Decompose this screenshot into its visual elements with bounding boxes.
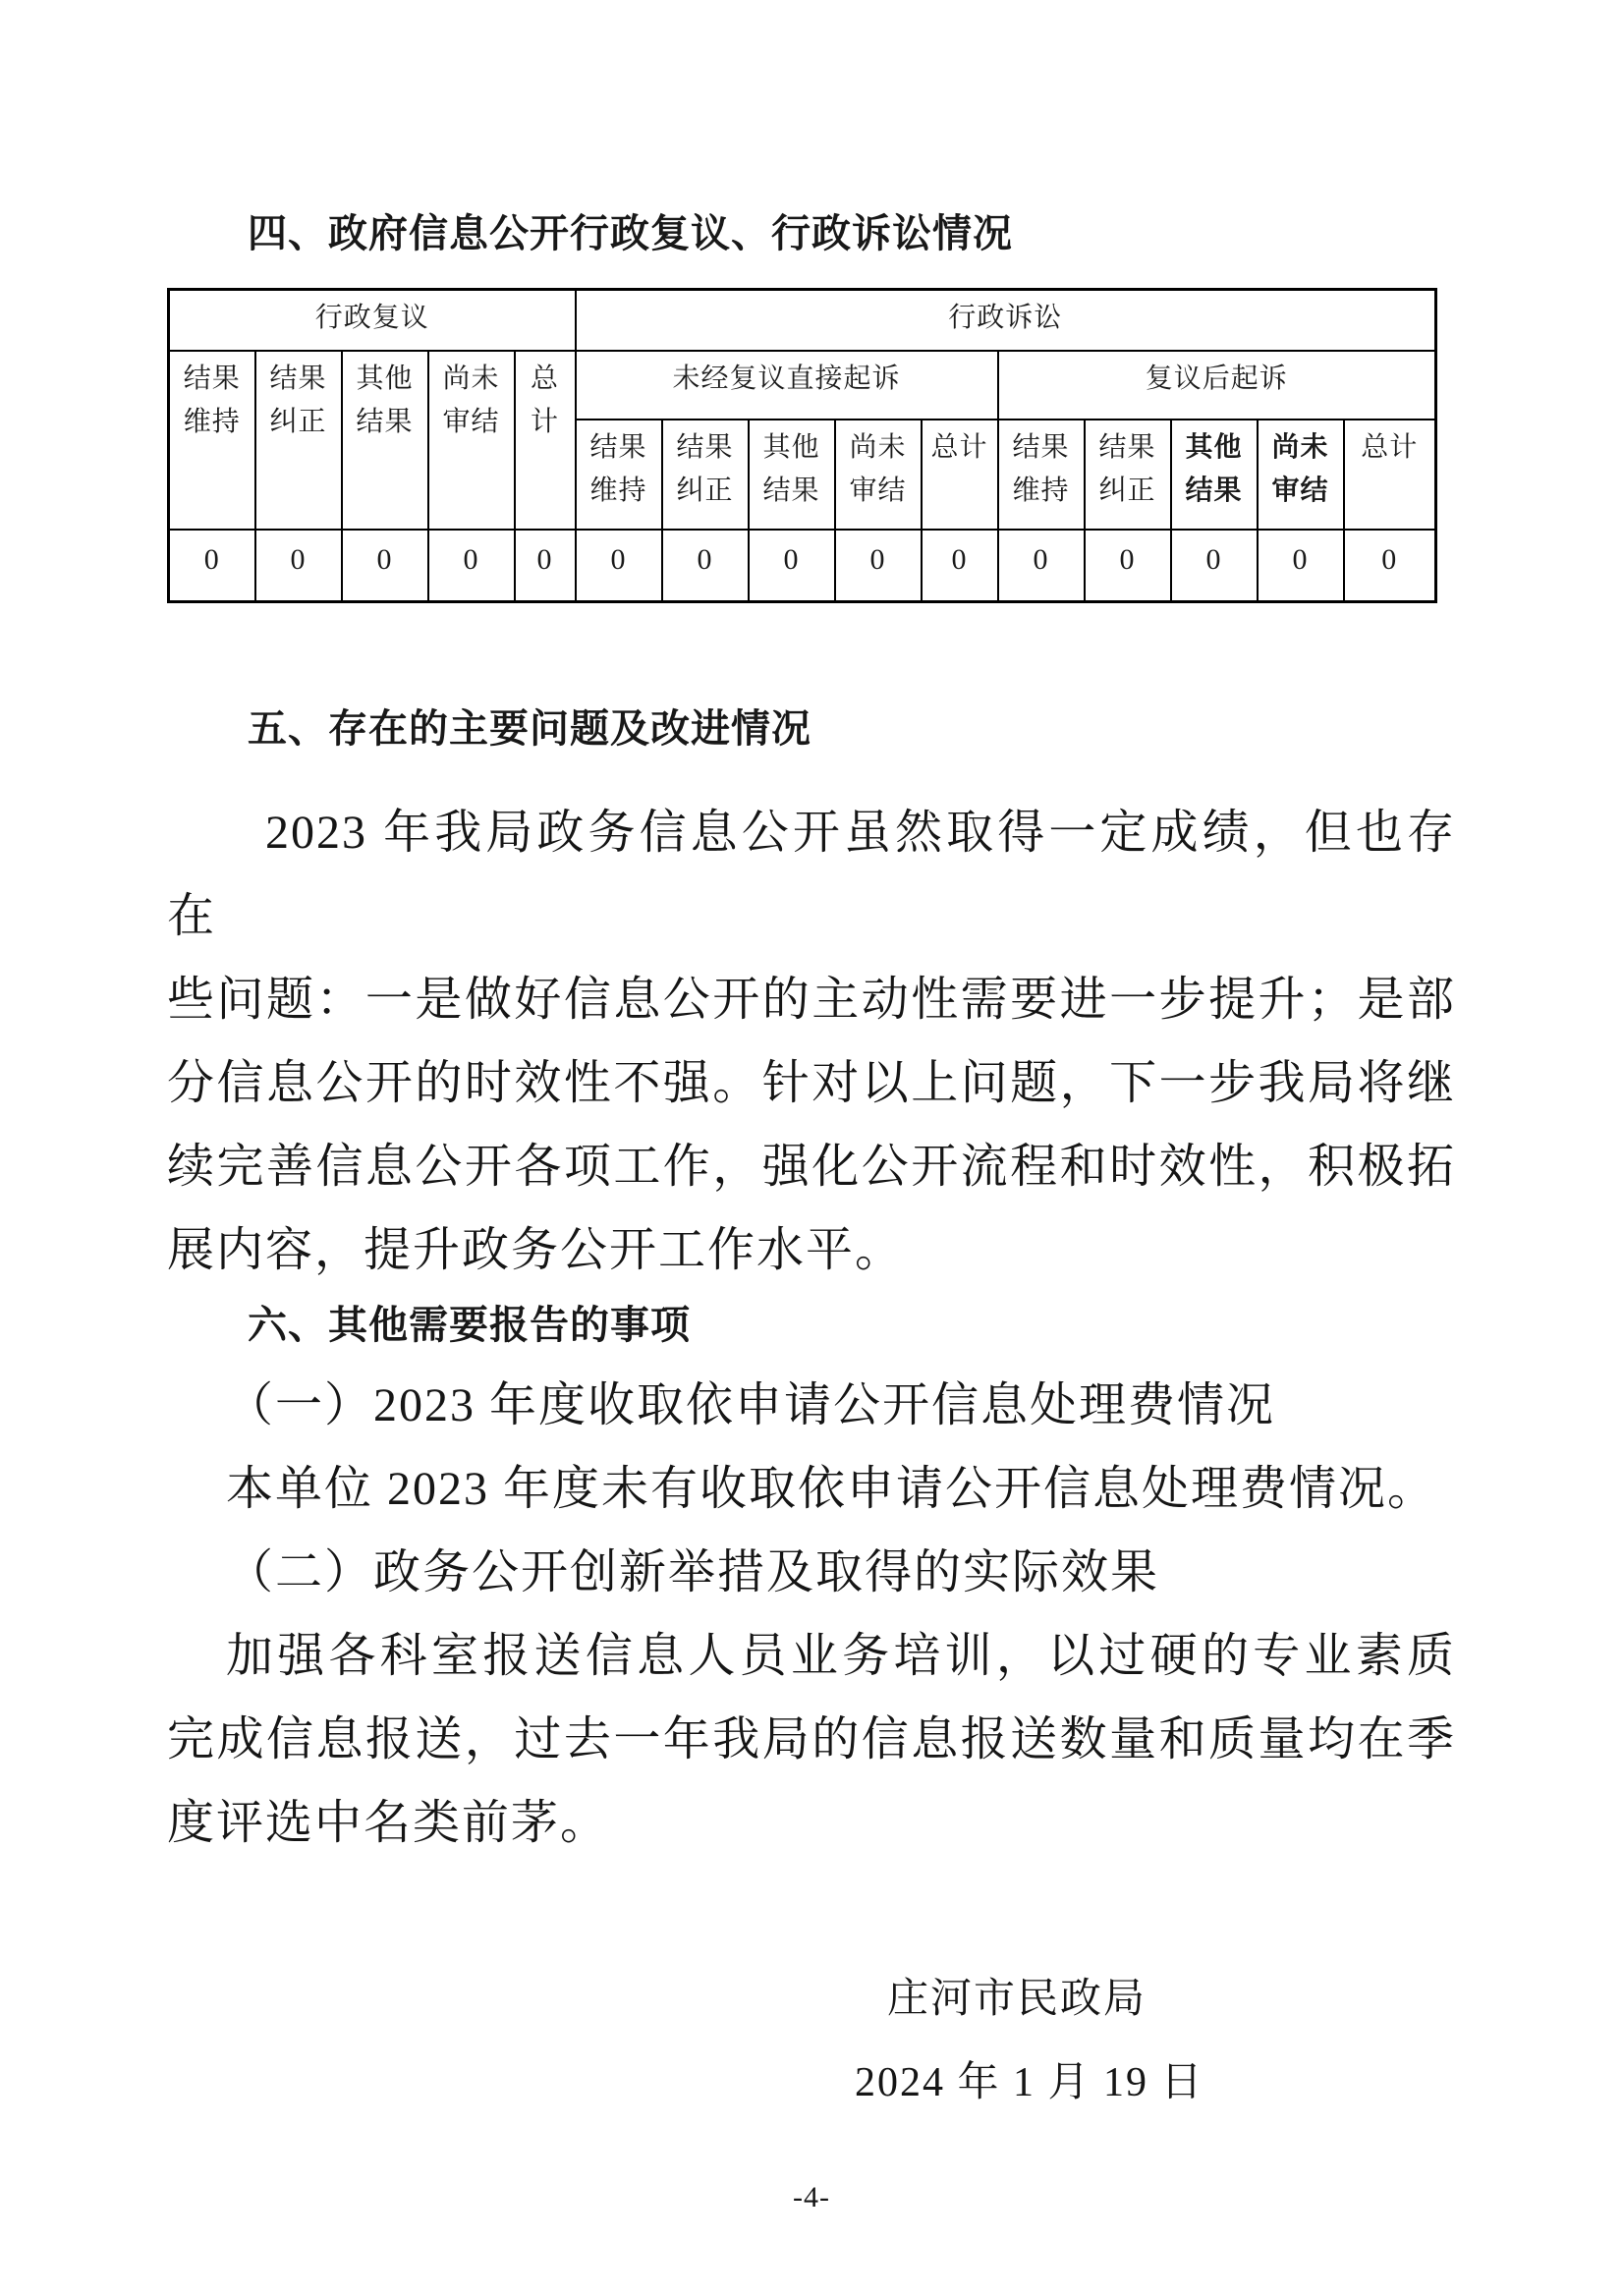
value-cell: 0 (835, 530, 922, 602)
review-litigation-table: 行政复议 行政诉讼 结果维持 结果纠正 其他结果 尚未审结 总计 未经复议直接起… (167, 288, 1437, 603)
header-direct-pending: 尚未审结 (835, 420, 922, 530)
header-direct-total: 总计 (922, 420, 998, 530)
header-after-result-corrected: 结果纠正 (1085, 420, 1171, 530)
value-cell: 0 (922, 530, 998, 602)
item2-title-line: （二）政务公开创新举措及取得的实际效果 (167, 1531, 1456, 1614)
paragraph-line: 分信息公开的时效性不强。针对以上问题，下一步我局将继 (167, 1041, 1456, 1125)
value-cell: 0 (428, 530, 515, 602)
header-administrative-litigation: 行政诉讼 (576, 290, 1436, 351)
value-cell: 0 (1085, 530, 1171, 602)
header-after-result-upheld: 结果维持 (998, 420, 1085, 530)
signature-organization: 庄河市民政局 (167, 1958, 1456, 2042)
header-review-result-upheld: 结果维持 (169, 351, 255, 530)
header-review-total: 总计 (515, 351, 576, 530)
signature-date: 2024 年 1 月 19 日 (167, 2042, 1456, 2125)
paragraph-line: 续完善信息公开各项工作，强化公开流程和时效性，积极拓 (167, 1125, 1456, 1208)
section4-heading: 四、政府信息公开行政复议、行政诉讼情况 (167, 210, 1456, 257)
header-after-total: 总计 (1344, 420, 1436, 530)
item2-body-line: 完成信息报送，过去一年我局的信息报送数量和质量均在季 (167, 1698, 1456, 1781)
value-cell: 0 (998, 530, 1085, 602)
section6-heading: 六、其他需要报告的事项 (167, 1302, 1456, 1349)
section6-paragraphs: （一）2023 年度收取依申请公开信息处理费情况 本单位 2023 年度未有收取… (167, 1364, 1456, 1865)
value-cell: 0 (255, 530, 342, 602)
table-row-values: 0 0 0 0 0 0 0 0 0 0 0 0 0 0 0 (169, 530, 1436, 602)
value-cell: 0 (1258, 530, 1344, 602)
paragraph-line: 些问题：一是做好信息公开的主动性需要进一步提升；是部 (167, 958, 1456, 1041)
value-cell: 0 (1171, 530, 1258, 602)
value-cell: 0 (342, 530, 428, 602)
header-direct-result-corrected: 结果纠正 (662, 420, 749, 530)
paragraph-line: 2023 年我局政务信息公开虽然取得一定成绩，但也存在 (167, 791, 1456, 958)
header-direct-other-result: 其他结果 (749, 420, 835, 530)
header-review-other-result: 其他结果 (342, 351, 428, 530)
table-row-group-headers: 行政复议 行政诉讼 (169, 290, 1436, 351)
item1-title-line: （一）2023 年度收取依申请公开信息处理费情况 (167, 1364, 1456, 1447)
value-cell: 0 (515, 530, 576, 602)
header-direct-result-upheld: 结果维持 (576, 420, 662, 530)
value-cell: 0 (576, 530, 662, 602)
header-review-pending: 尚未审结 (428, 351, 515, 530)
document-page: 四、政府信息公开行政复议、行政诉讼情况 行政复议 行政诉讼 结果维持 结果纠正 … (0, 0, 1623, 2296)
item1-body-line: 本单位 2023 年度未有收取依申请公开信息处理费情况。 (167, 1447, 1456, 1531)
paragraph-line: 展内容，提升政务公开工作水平。 (167, 1208, 1456, 1292)
item2-body-line: 度评选中名类前茅。 (167, 1781, 1456, 1865)
table-row-subgroup-headers: 结果维持 结果纠正 其他结果 尚未审结 总计 未经复议直接起诉 复议后起诉 (169, 351, 1436, 420)
page-number: -4- (167, 2174, 1456, 2221)
header-administrative-review: 行政复议 (169, 290, 576, 351)
value-cell: 0 (1344, 530, 1436, 602)
section5-paragraph: 2023 年我局政务信息公开虽然取得一定成绩，但也存在 些问题：一是做好信息公开… (167, 791, 1456, 1292)
value-cell: 0 (169, 530, 255, 602)
header-after-pending: 尚未审结 (1258, 420, 1344, 530)
header-review-result-corrected: 结果纠正 (255, 351, 342, 530)
value-cell: 0 (662, 530, 749, 602)
header-suit-after-review: 复议后起诉 (998, 351, 1436, 420)
header-after-other-result: 其他结果 (1171, 420, 1258, 530)
header-direct-suit: 未经复议直接起诉 (576, 351, 998, 420)
item2-body-line: 加强各科室报送信息人员业务培训，以过硬的专业素质 (167, 1614, 1456, 1698)
section5-heading: 五、存在的主要问题及改进情况 (167, 705, 1456, 753)
value-cell: 0 (749, 530, 835, 602)
